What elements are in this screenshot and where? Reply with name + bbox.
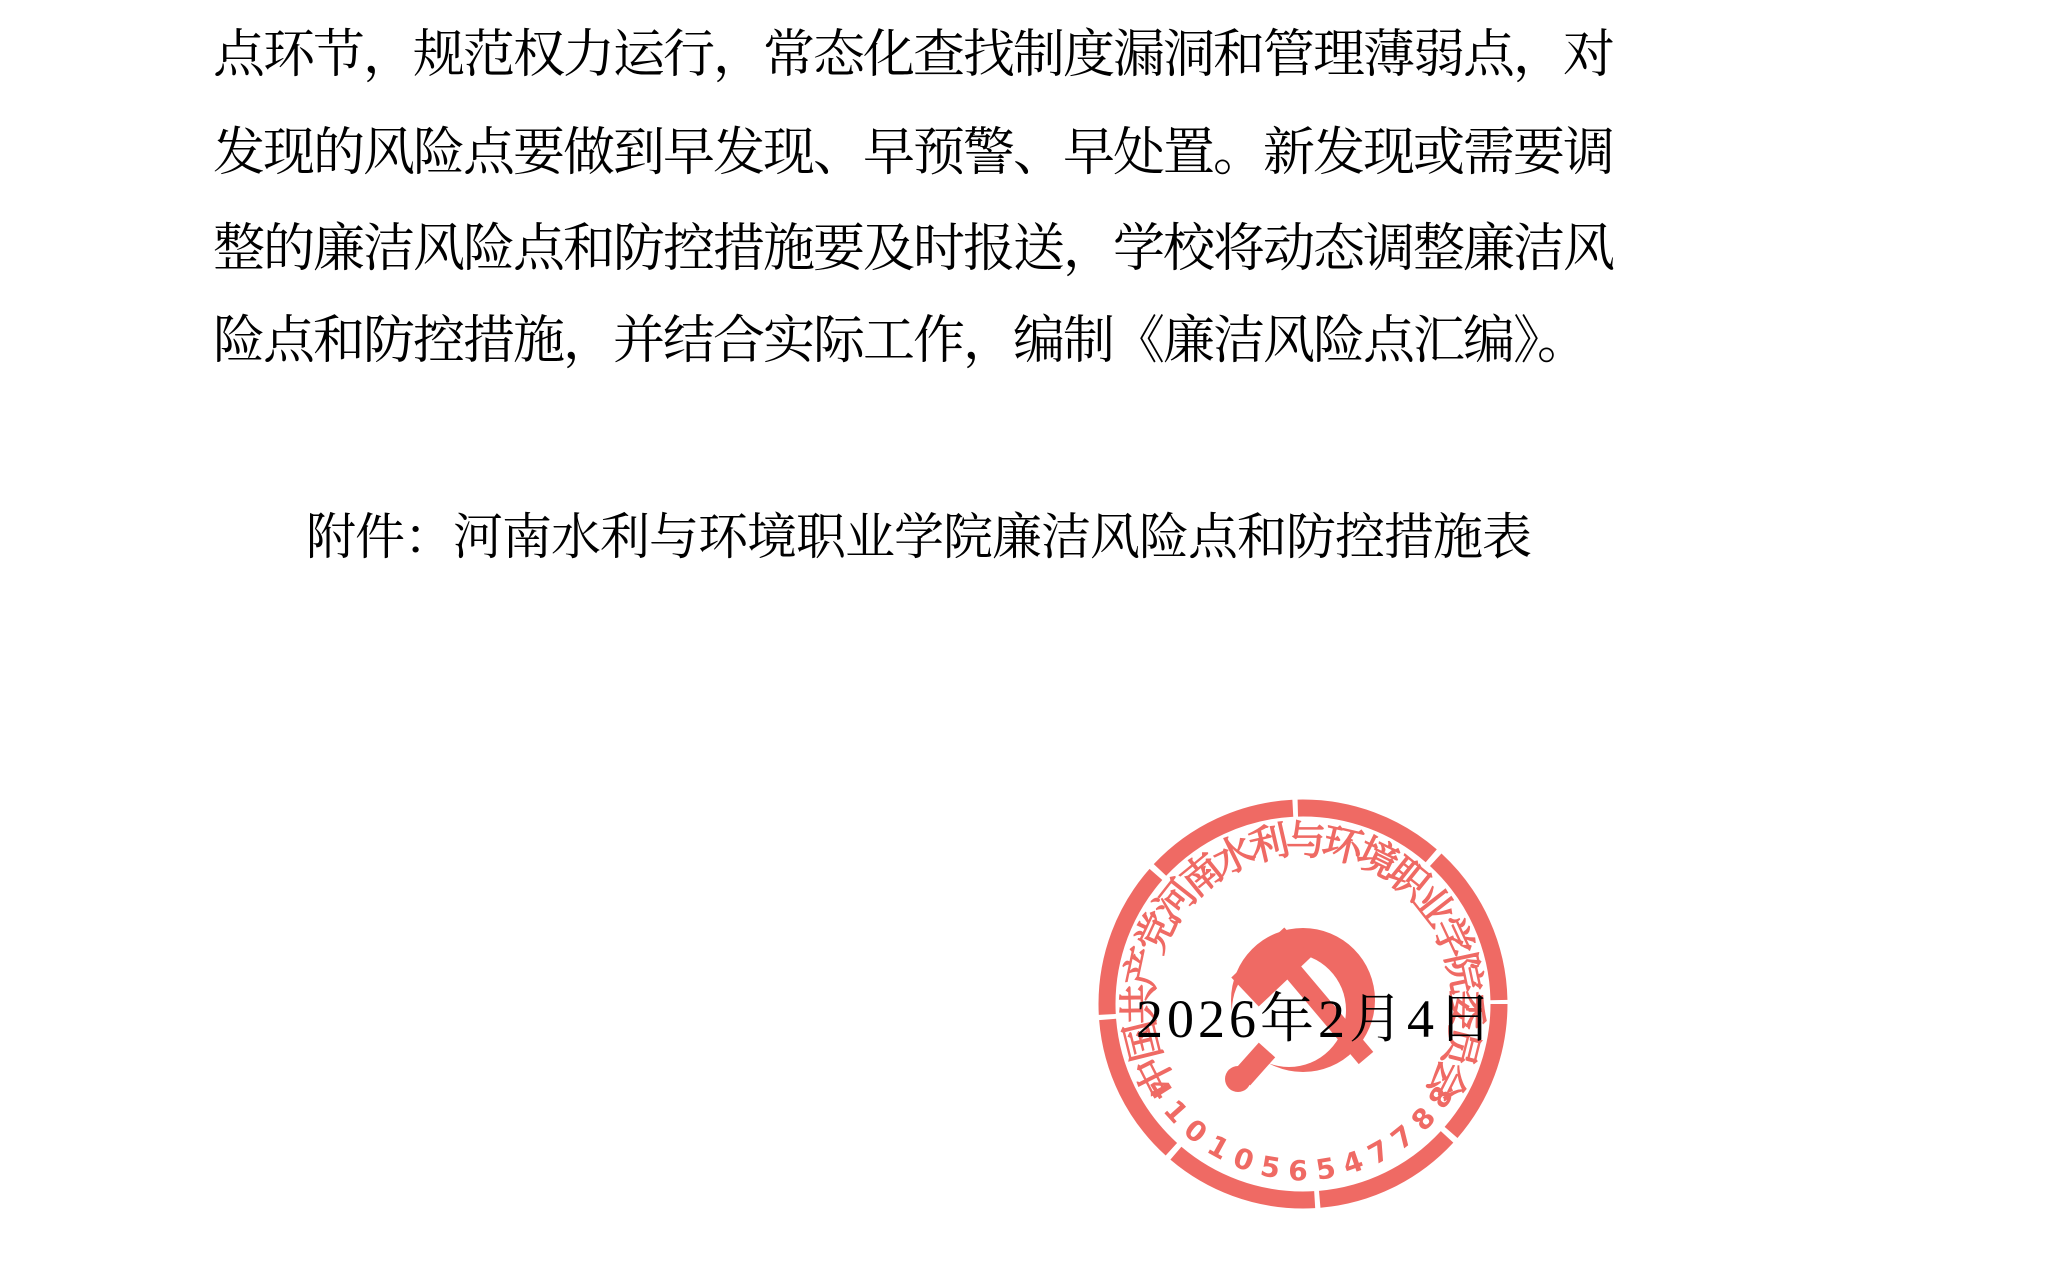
body-text-line: 险点和防控措施，并结合实际工作，编制《廉洁风险点汇编》。 — [213, 298, 1713, 373]
official-seal: 中国共产党河南水利与环境职业学院委员会 4101056547788 — [0, 0, 2048, 1287]
body-text-line: 点环节，规范权力运行，常态化查找制度漏洞和管理薄弱点，对 — [213, 12, 1713, 87]
document-date: 2026年2月4日 — [1136, 976, 1496, 1053]
document-page: 点环节，规范权力运行，常态化查找制度漏洞和管理薄弱点，对 发现的风险点要做到早发… — [0, 0, 2048, 1287]
attachment-line: 附件：河南水利与环境职业学院廉洁风险点和防控措施表 — [306, 497, 1531, 569]
seal-serial-number: 4101056547788 — [1141, 1072, 1466, 1187]
body-text-line: 整的廉洁风险点和防控措施要及时报送，学校将动态调整廉洁风 — [213, 206, 1713, 281]
seal-arc-text: 中国共产党河南水利与环境职业学院委员会 — [1117, 818, 1490, 1109]
body-text-line: 发现的风险点要做到早发现、早预警、早处置。新发现或需要调 — [213, 110, 1713, 185]
